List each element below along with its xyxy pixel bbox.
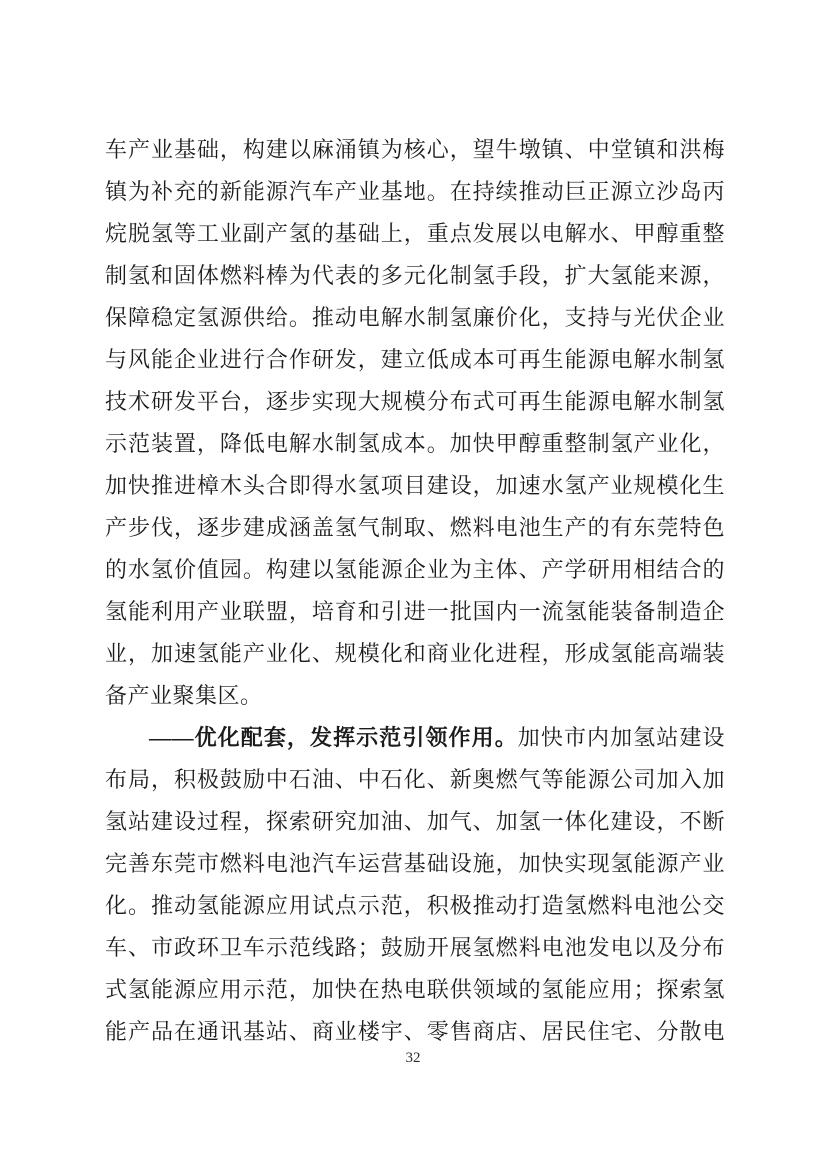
text-line: 完善东莞市燃料电池汽车运营基础设施，加快实现氢能源产业 (105, 843, 725, 885)
text-line: 与风能企业进行合作研发，建立低成本可再生能源电解水制氢 (105, 339, 725, 381)
document-page: 车产业基础，构建以麻涌镇为核心，望牛墩镇、中堂镇和洪梅镇为补充的新能源汽车产业基… (0, 0, 826, 1169)
text-line: 车、市政环卫车示范线路；鼓励开展氢燃料电池发电以及分布 (105, 927, 725, 969)
paragraph-2-lead-rest: 加快市内加氢站建设 (518, 725, 725, 750)
text-line: 产步伐，逐步建成涵盖氢气制取、燃料电池生产的有东莞特色 (105, 507, 725, 549)
text-line: 制氢和固体燃料棒为代表的多元化制氢手段，扩大氢能来源， (105, 255, 725, 297)
body-text: 车产业基础，构建以麻涌镇为核心，望牛墩镇、中堂镇和洪梅镇为补充的新能源汽车产业基… (105, 129, 725, 1053)
text-line: 业，加速氢能产业化、规模化和商业化进程，形成氢能高端装 (105, 633, 725, 675)
text-line: 的水氢价值园。构建以氢能源企业为主体、产学研用相结合的 (105, 549, 725, 591)
text-line: 保障稳定氢源供给。推动电解水制氢廉价化，支持与光伏企业 (105, 297, 725, 339)
paragraph-2: ——优化配套，发挥示范引领作用。加快市内加氢站建设 布局，积极鼓励中石油、中石化… (105, 717, 725, 1053)
text-line: 技术研发平台，逐步实现大规模分布式可再生能源电解水制氢 (105, 381, 725, 423)
text-line: 化。推动氢能源应用试点示范，积极推动打造氢燃料电池公交 (105, 885, 725, 927)
text-line: 氢能利用产业联盟，培育和引进一批国内一流氢能装备制造企 (105, 591, 725, 633)
text-line: 烷脱氢等工业副产氢的基础上，重点发展以电解水、甲醇重整 (105, 213, 725, 255)
text-line: 车产业基础，构建以麻涌镇为核心，望牛墩镇、中堂镇和洪梅 (105, 129, 725, 171)
text-line: 加快推进樟木头合即得水氢项目建设，加速水氢产业规模化生 (105, 465, 725, 507)
text-line: 备产业聚集区。 (105, 675, 725, 717)
page-number: 32 (0, 1048, 826, 1068)
text-line: 能产品在通讯基站、商业楼宇、零售商店、居民住宅、分散电 (105, 1011, 725, 1053)
text-line: 示范装置，降低电解水制氢成本。加快甲醇重整制氢产业化， (105, 423, 725, 465)
paragraph-2-lead-line: ——优化配套，发挥示范引领作用。加快市内加氢站建设 (105, 717, 725, 759)
text-line: 镇为补充的新能源汽车产业基地。在持续推动巨正源立沙岛丙 (105, 171, 725, 213)
paragraph-2-body: 布局，积极鼓励中石油、中石化、新奥燃气等能源公司加入加氢站建设过程，探索研究加油… (105, 759, 725, 1053)
text-line: 氢站建设过程，探索研究加油、加气、加氢一体化建设，不断 (105, 801, 725, 843)
text-line: 布局，积极鼓励中石油、中石化、新奥燃气等能源公司加入加 (105, 759, 725, 801)
paragraph-1: 车产业基础，构建以麻涌镇为核心，望牛墩镇、中堂镇和洪梅镇为补充的新能源汽车产业基… (105, 129, 725, 717)
text-line: 式氢能源应用示范，加快在热电联供领域的氢能应用；探索氢 (105, 969, 725, 1011)
paragraph-2-bold-heading: ——优化配套，发挥示范引领作用。 (149, 725, 518, 750)
